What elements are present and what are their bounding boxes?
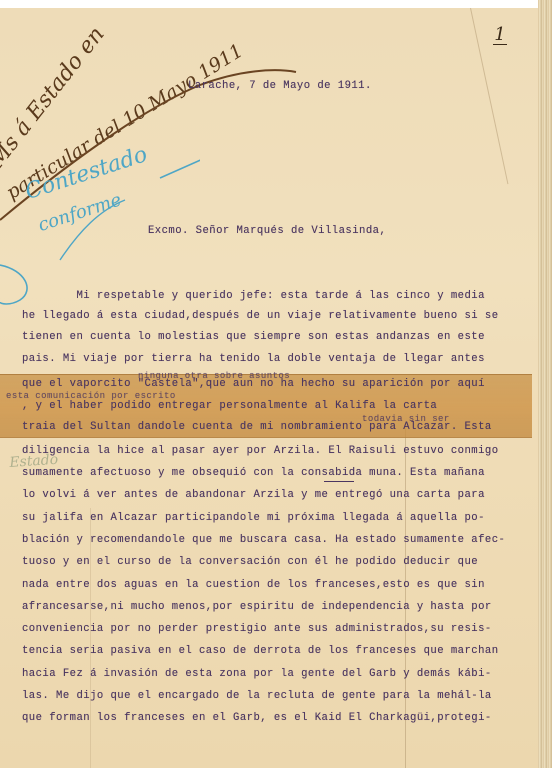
body-line: hacia Fez á invasión de esta zona por la… — [22, 668, 492, 680]
body-line: traia del Sultan dandole cuenta de mi no… — [22, 421, 492, 433]
body-line: Mi respetable y querido jefe: esta tarde… — [22, 290, 485, 302]
body-line: blación y recomendandole que me buscara … — [22, 534, 505, 546]
body-line: afrancesarse,ni mucho menos,por espiritu… — [22, 601, 492, 613]
underline-mark — [324, 481, 354, 482]
body-line: conveniencia por no perder prestigio ant… — [22, 623, 492, 635]
page-number: 1 — [493, 26, 507, 45]
place-date-line: Larache, 7 de Mayo de 1911. — [188, 80, 372, 92]
body-line: lo volvi á ver antes de abandonar Arzila… — [22, 489, 485, 501]
margin-pencil-note: Estado — [9, 452, 59, 471]
paper-crease — [90, 508, 91, 768]
page-edge-stack — [538, 0, 552, 768]
body-line: su jalifa en Alcazar participandole mi p… — [22, 512, 485, 524]
body-line: nada entre dos aguas en la cuestion de l… — [22, 579, 485, 591]
body-line: he llegado á esta ciudad,después de un v… — [22, 310, 499, 322]
body-line: las. Me dijo que el encargado de la recl… — [22, 690, 492, 702]
body-line: tuoso y en el curso de la conversación c… — [22, 556, 478, 568]
body-line: tencia seria pasiva en el caso de derrot… — [22, 645, 499, 657]
body-line: que forman los franceses en el Garb, es … — [22, 712, 492, 724]
body-line: tienen en cuenta lo molestias que siempr… — [22, 331, 485, 343]
body-line: pais. Mi viaje por tierra ha tenido la d… — [22, 353, 485, 365]
body-line: diligencia la hice al pasar ayer por Arz… — [22, 445, 499, 457]
body-line: que el vaporcito "Castela",que aun no ha… — [22, 378, 485, 390]
body-line: , y el haber podido entregar personalmen… — [22, 400, 437, 412]
salutation: Excmo. Señor Marqués de Villasinda, — [148, 225, 386, 237]
body-line: sumamente afectuoso y me obsequió con la… — [22, 467, 485, 479]
